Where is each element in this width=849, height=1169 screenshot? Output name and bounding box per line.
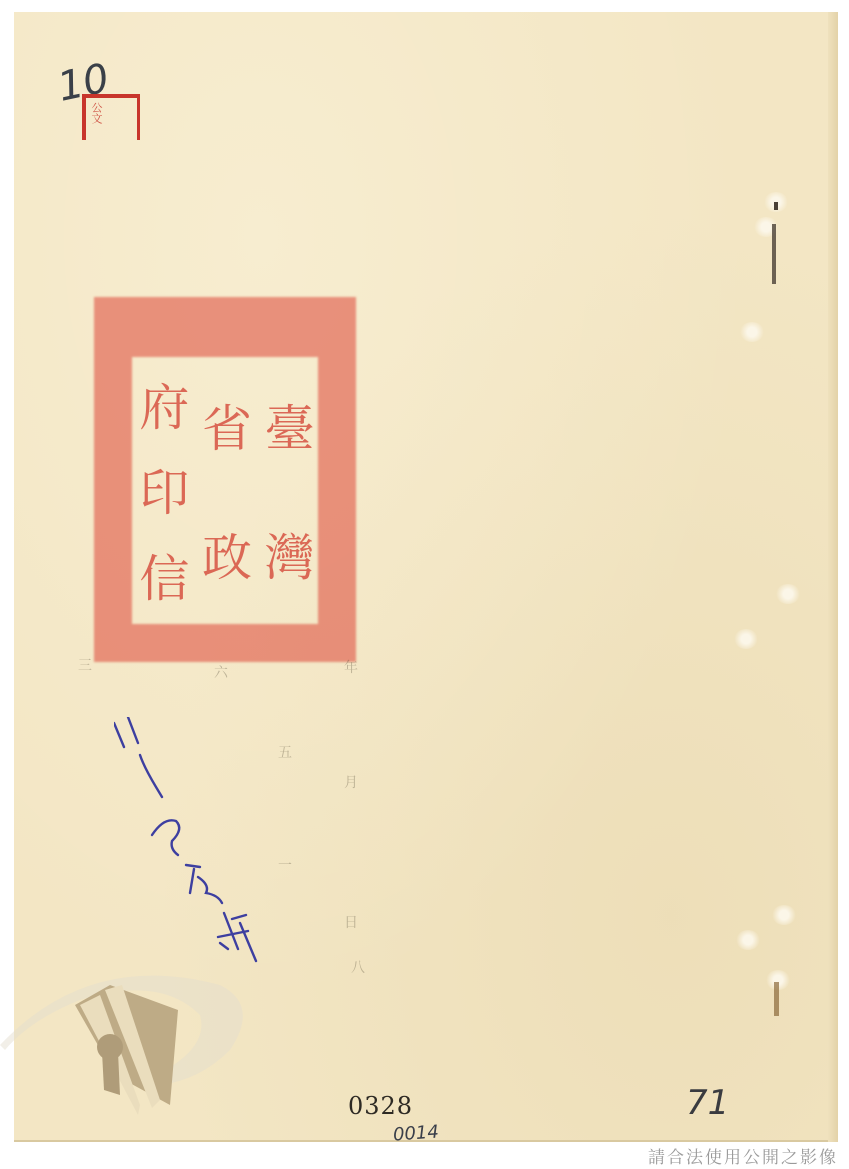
- seal-characters: 府 印 信 省 政 臺 灣: [134, 365, 318, 622]
- binding-hole: [776, 584, 800, 604]
- bleed-through-char: 月: [344, 772, 358, 792]
- corner-stamp: 公文: [82, 94, 140, 140]
- binding-hole: [736, 930, 760, 950]
- page-edge: [828, 12, 838, 1142]
- bleed-through-char: 八: [351, 957, 365, 977]
- handwritten-sub-number: 0014: [392, 1121, 439, 1145]
- archive-number: 0328: [348, 1092, 413, 1120]
- binding-hole: [772, 905, 796, 925]
- bleed-through-char: 五: [278, 742, 292, 762]
- handwriting-strokes: [114, 717, 274, 967]
- seal-char: 府: [139, 383, 187, 433]
- seal-char: 信: [139, 554, 187, 604]
- bleed-through-char: 三: [78, 655, 92, 675]
- binding-thread-mark: [772, 224, 776, 284]
- official-seal: 府 印 信 省 政 臺 灣: [94, 297, 356, 662]
- bleed-through-char: 年: [344, 657, 358, 677]
- binding-mark: [774, 202, 778, 210]
- watermark-notice: 請合法使用公開之影像: [648, 1143, 838, 1168]
- archive-book-keyhole-logo: [0, 960, 260, 1160]
- seal-char: 省: [202, 404, 250, 454]
- handwritten-page-number: 71: [686, 1083, 729, 1123]
- bleed-through-char: 一: [278, 855, 292, 875]
- seal-char: 印: [139, 468, 187, 518]
- binding-tear-mark: [774, 982, 779, 1016]
- binding-hole: [734, 629, 758, 649]
- seal-char: 臺: [265, 404, 313, 454]
- corner-stamp-text: 公文: [90, 102, 102, 124]
- bleed-through-char: 六: [214, 662, 228, 682]
- seal-char: 政: [202, 533, 250, 583]
- blue-handwritten-note: [114, 717, 274, 967]
- binding-hole: [740, 322, 764, 342]
- bleed-through-char: 日: [344, 912, 358, 932]
- seal-char: 灣: [265, 533, 313, 583]
